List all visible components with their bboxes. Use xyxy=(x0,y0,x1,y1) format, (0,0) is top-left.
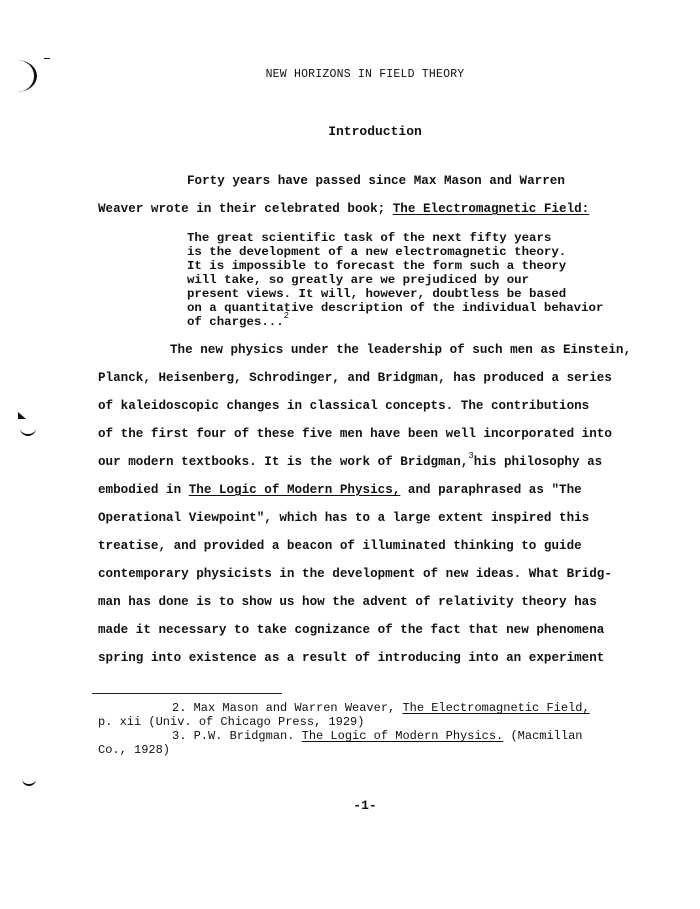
paragraph-line: of the first four of these five men have… xyxy=(98,427,612,441)
paragraph-line: of kaleidoscopic changes in classical co… xyxy=(98,399,589,413)
book-title: The Logic of Modern Physics, xyxy=(189,483,401,497)
footnote-separator xyxy=(92,693,282,694)
paragraph-line: man has done is to show us how the adven… xyxy=(98,595,597,609)
text-run: our modern textbooks. It is the work of … xyxy=(98,455,468,469)
paragraph-line: The new physics under the leadership of … xyxy=(170,343,631,357)
quote-line: present views. It will, however, doubtle… xyxy=(187,287,566,301)
footnote-ref: 2 xyxy=(284,311,289,321)
footnote-line: 3. P.W. Bridgman. The Logic of Modern Ph… xyxy=(172,729,582,743)
quote-line: of charges...2 xyxy=(187,315,289,329)
page-number: -1- xyxy=(0,798,700,813)
text-run: embodied in xyxy=(98,483,189,497)
paragraph-line: our modern textbooks. It is the work of … xyxy=(98,455,602,469)
quote-line: It is impossible to forecast the form su… xyxy=(187,259,566,273)
paragraph-line: made it necessary to take cognizance of … xyxy=(98,623,604,637)
book-title: The Electromagnetic Field, xyxy=(402,701,589,715)
paragraph-line: spring into existence as a result of int… xyxy=(98,651,604,665)
text-run: 2. Max Mason and Warren Weaver, xyxy=(172,701,402,715)
scan-speck xyxy=(44,58,50,59)
margin-scan-mark xyxy=(20,428,36,436)
paragraph-line: Operational Viewpoint", which has to a l… xyxy=(98,511,589,525)
text-run: of charges... xyxy=(187,315,284,329)
book-title: The Logic of Modern Physics. xyxy=(302,729,504,743)
paragraph-line: contemporary physicists in the developme… xyxy=(98,567,612,581)
quote-line: on a quantitative description of the ind… xyxy=(187,301,603,315)
quote-line: is the development of a new electromagne… xyxy=(187,245,566,259)
quote-line: will take, so greatly are we prejudiced … xyxy=(187,273,529,287)
paragraph-line: Weaver wrote in their celebrated book; T… xyxy=(98,202,589,216)
footnote-line: p. xii (Univ. of Chicago Press, 1929) xyxy=(98,715,364,729)
document-title: NEW HORIZONS IN FIELD THEORY xyxy=(0,68,700,81)
paragraph-line: Forty years have passed since Max Mason … xyxy=(187,174,565,188)
text-run: and paraphrased as "The xyxy=(400,483,581,497)
margin-scan-mark xyxy=(22,778,36,786)
text-run: (Macmillan xyxy=(503,729,582,743)
footnote-line: 2. Max Mason and Warren Weaver, The Elec… xyxy=(172,701,590,715)
book-title: The Electromagnetic Field: xyxy=(393,202,590,216)
margin-scan-mark xyxy=(18,412,26,419)
paragraph-line: treatise, and provided a beacon of illum… xyxy=(98,539,582,553)
text-run: 3. P.W. Bridgman. xyxy=(172,729,302,743)
paragraph-line: Planck, Heisenberg, Schrodinger, and Bri… xyxy=(98,371,612,385)
footnote-line: Co., 1928) xyxy=(98,743,170,757)
section-heading: Introduction xyxy=(0,124,700,139)
quote-line: The great scientific task of the next fi… xyxy=(187,231,551,245)
text-run: Weaver wrote in their celebrated book; xyxy=(98,202,393,216)
footnote-ref: 3 xyxy=(468,451,473,461)
paragraph-line: embodied in The Logic of Modern Physics,… xyxy=(98,483,582,497)
document-page: NEW HORIZONS IN FIELD THEORY Introductio… xyxy=(0,0,700,909)
text-run: his philosophy as xyxy=(474,455,602,469)
